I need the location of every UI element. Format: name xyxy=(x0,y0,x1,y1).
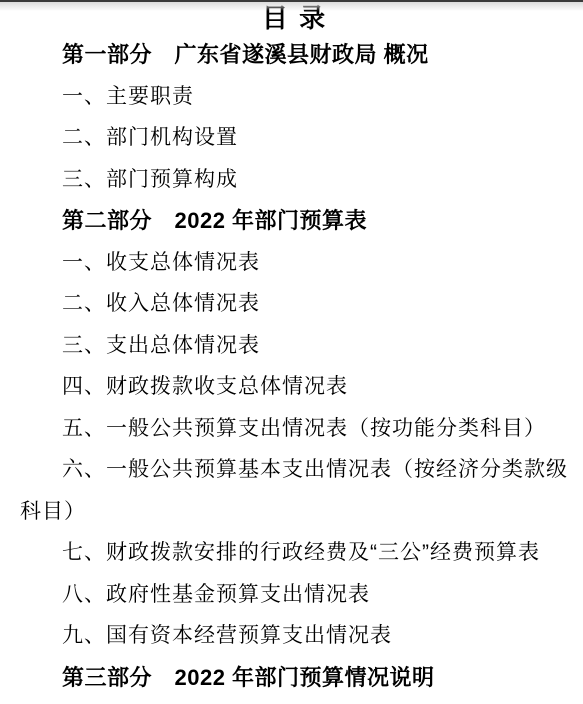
toc-title: 目 录 xyxy=(20,2,569,34)
toc-part-2-heading: 第二部分 2022 年部门预算表 xyxy=(20,200,569,242)
toc-part-1-heading: 第一部分 广东省遂溪县财政局 概况 xyxy=(20,34,569,76)
toc-content: 目 录 第一部分 广东省遂溪县财政局 概况 一、主要职责 二、部门机构设置 三、… xyxy=(0,0,583,698)
toc-part-2-item-8: 八、政府性基金预算支出情况表 xyxy=(20,574,569,616)
toc-part-2-item-7: 七、财政拨款安排的行政经费及“三公”经费预算表 xyxy=(20,532,569,574)
document-page: 目 录 第一部分 广东省遂溪县财政局 概况 一、主要职责 二、部门机构设置 三、… xyxy=(0,0,583,704)
toc-part-2-item-4: 四、财政拨款收支总体情况表 xyxy=(20,366,569,408)
toc-part-3-heading: 第三部分 2022 年部门预算情况说明 xyxy=(20,657,569,699)
toc-part-2-item-5: 五、一般公共预算支出情况表（按功能分类科目） xyxy=(20,408,569,450)
toc-part-2-item-2: 二、收入总体情况表 xyxy=(20,283,569,325)
toc-part-1-item-1: 一、主要职责 xyxy=(20,76,569,118)
toc-part-1-item-2: 二、部门机构设置 xyxy=(20,117,569,159)
toc-part-1-item-3: 三、部门预算构成 xyxy=(20,159,569,201)
page-top-edge-line xyxy=(0,0,583,2)
toc-part-2-item-9: 九、国有资本经营预算支出情况表 xyxy=(20,615,569,657)
toc-part-2-item-3: 三、支出总体情况表 xyxy=(20,325,569,367)
toc-part-2-item-1: 一、收支总体情况表 xyxy=(20,242,569,284)
toc-part-2-item-6: 六、一般公共预算基本支出情况表（按经济分类款级科目） xyxy=(20,449,569,532)
